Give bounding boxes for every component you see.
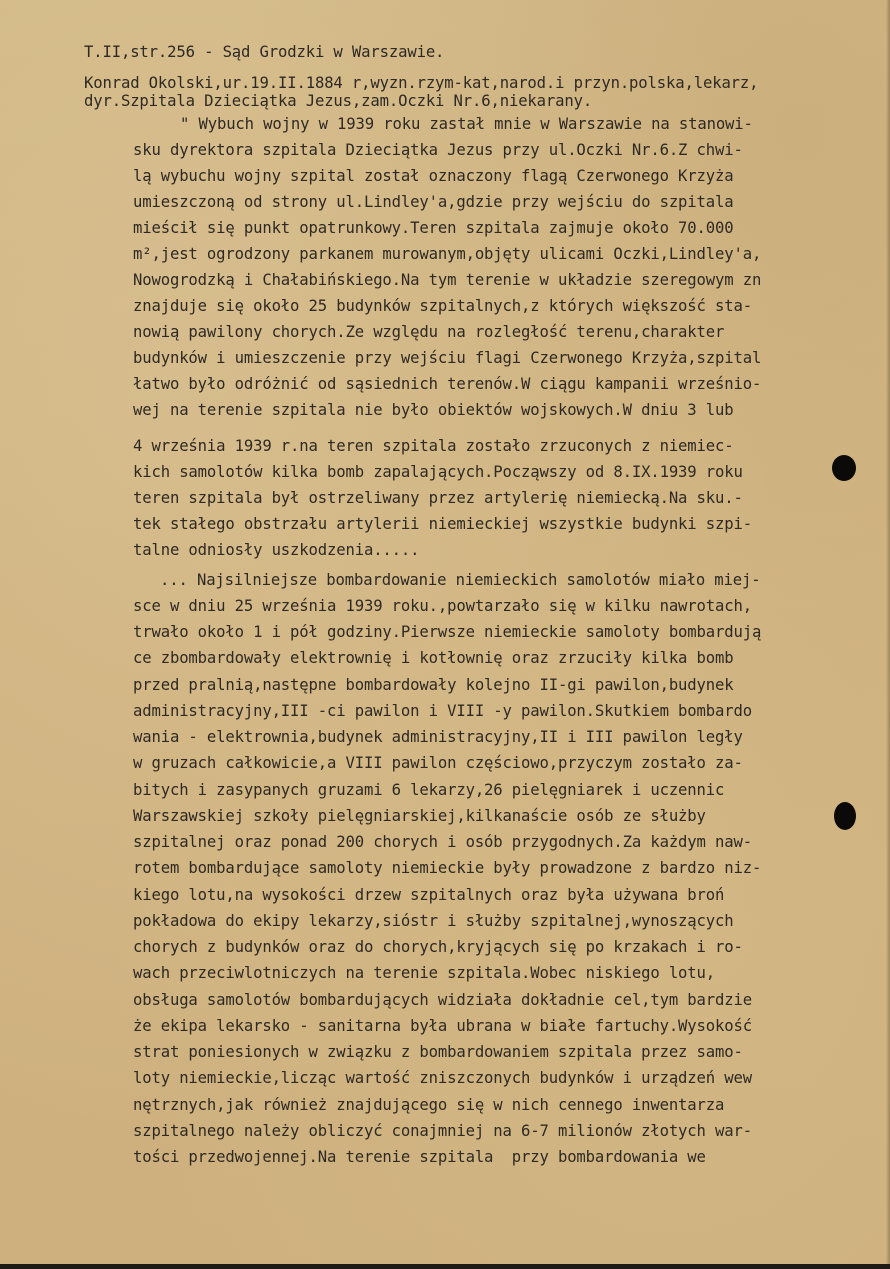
paper-edge-shadow — [886, 0, 890, 1269]
paragraph-1-line: lą wybuchu wojny szpital został oznaczon… — [133, 166, 734, 186]
paragraph-1-line: kich samolotów kilka bomb zapalających.P… — [133, 462, 743, 482]
paragraph-2-line: wach przeciwlotniczych na terenie szpita… — [133, 963, 715, 983]
paragraph-2-line: kiego lotu,na wysokości drzew szpitalnyc… — [133, 885, 724, 905]
ink-blot-mark — [834, 802, 856, 830]
paragraph-1-line: umieszczoną od strony ul.Lindley'a,gdzie… — [133, 192, 734, 212]
paragraph-2-line: sce w dniu 25 września 1939 roku.,powtar… — [133, 596, 752, 616]
paragraph-2-line: tości przedwojennej.Na terenie szpitala … — [133, 1147, 706, 1167]
paragraph-2-line: loty niemieckie,licząc wartość zniszczon… — [133, 1068, 752, 1088]
paragraph-2-line: administracyjny,III -ci pawilon i VIII -… — [133, 701, 752, 721]
paragraph-1-line: tek stałego obstrzału artylerii niemieck… — [133, 514, 752, 534]
paragraph-1-line: mieścił się punkt opatrunkowy.Teren szpi… — [133, 218, 734, 238]
paragraph-2-line: trwało około 1 i pół godziny.Pierwsze ni… — [133, 622, 761, 642]
witness-intro-line-1: Konrad Okolski,ur.19.II.1884 r,wyzn.rzym… — [84, 73, 758, 93]
paragraph-2-line: ... Najsilniejsze bombardowanie niemieck… — [160, 570, 761, 590]
paragraph-2-line: nętrznych,jak również znajdującego się w… — [133, 1095, 724, 1115]
scan-bottom-edge — [0, 1264, 890, 1269]
paragraph-2-line: bitych i zasypanych gruzami 6 lekarzy,26… — [133, 780, 724, 800]
paragraph-2-line: w gruzach całkowicie,a VIII pawilon częś… — [133, 753, 743, 773]
paragraph-2-line: obsługa samolotów bombardujących widział… — [133, 990, 752, 1010]
paragraph-2-line: przed pralnią,następne bombardowały kole… — [133, 675, 734, 695]
paragraph-1-line: wej na terenie szpitala nie było obiektó… — [133, 400, 734, 420]
paragraph-2-line: strat poniesionych w związku z bombardow… — [133, 1042, 743, 1062]
paragraph-1-line: łatwo było odróżnić od sąsiednich terenó… — [133, 374, 761, 394]
paragraph-2-line: rotem bombardujące samoloty niemieckie b… — [133, 858, 761, 878]
paragraph-1-line: m²,jest ogrodzony parkanem murowanym,obj… — [133, 244, 761, 264]
paragraph-2-line: szpitalnej oraz ponad 200 chorych i osób… — [133, 832, 752, 852]
paragraph-1-line: " Wybuch wojny w 1939 roku zastał mnie w… — [180, 114, 753, 134]
paragraph-1-line: 4 września 1939 r.na teren szpitala zost… — [133, 436, 734, 456]
witness-intro-line-2: dyr.Szpitala Dzieciątka Jezus,zam.Oczki … — [84, 91, 592, 111]
paragraph-2-line: szpitalnego należy obliczyć conajmniej n… — [133, 1121, 752, 1141]
paragraph-2-line: ce zbombardowały elektrownię i kotłownię… — [133, 648, 734, 668]
paragraph-1-line: Nowogrodzką i Chałabińskiego.Na tym tere… — [133, 270, 761, 290]
ink-blot-mark — [832, 455, 856, 481]
paragraph-1-line: budynków i umieszczenie przy wejściu fla… — [133, 348, 761, 368]
typewritten-document-page: T.II,str.256 - Sąd Grodzki w Warszawie. … — [0, 0, 890, 1269]
paragraph-2-line: Warszawskiej szkoły pielęgniarskiej,kilk… — [133, 806, 706, 826]
paragraph-1-line: talne odniosły uszkodzenia..... — [133, 540, 419, 560]
paragraph-1-line: nowią pawilony chorych.Ze względu na roz… — [133, 322, 724, 342]
paragraph-2-line: pokładowa do ekipy lekarzy,sióstr i służ… — [133, 911, 734, 931]
paragraph-1-line: teren szpitala był ostrzeliwany przez ar… — [133, 488, 743, 508]
paragraph-2-line: wania - elektrownia,budynek administracy… — [133, 727, 743, 747]
paragraph-1-line: znajduje się około 25 budynków szpitalny… — [133, 296, 752, 316]
paragraph-2-line: że ekipa lekarsko - sanitarna była ubran… — [133, 1016, 752, 1036]
paragraph-1-line: sku dyrektora szpitala Dzieciątka Jezus … — [133, 140, 743, 160]
paragraph-2-line: chorych z budynków oraz do chorych,kryją… — [133, 937, 743, 957]
document-header: T.II,str.256 - Sąd Grodzki w Warszawie. — [84, 42, 444, 62]
